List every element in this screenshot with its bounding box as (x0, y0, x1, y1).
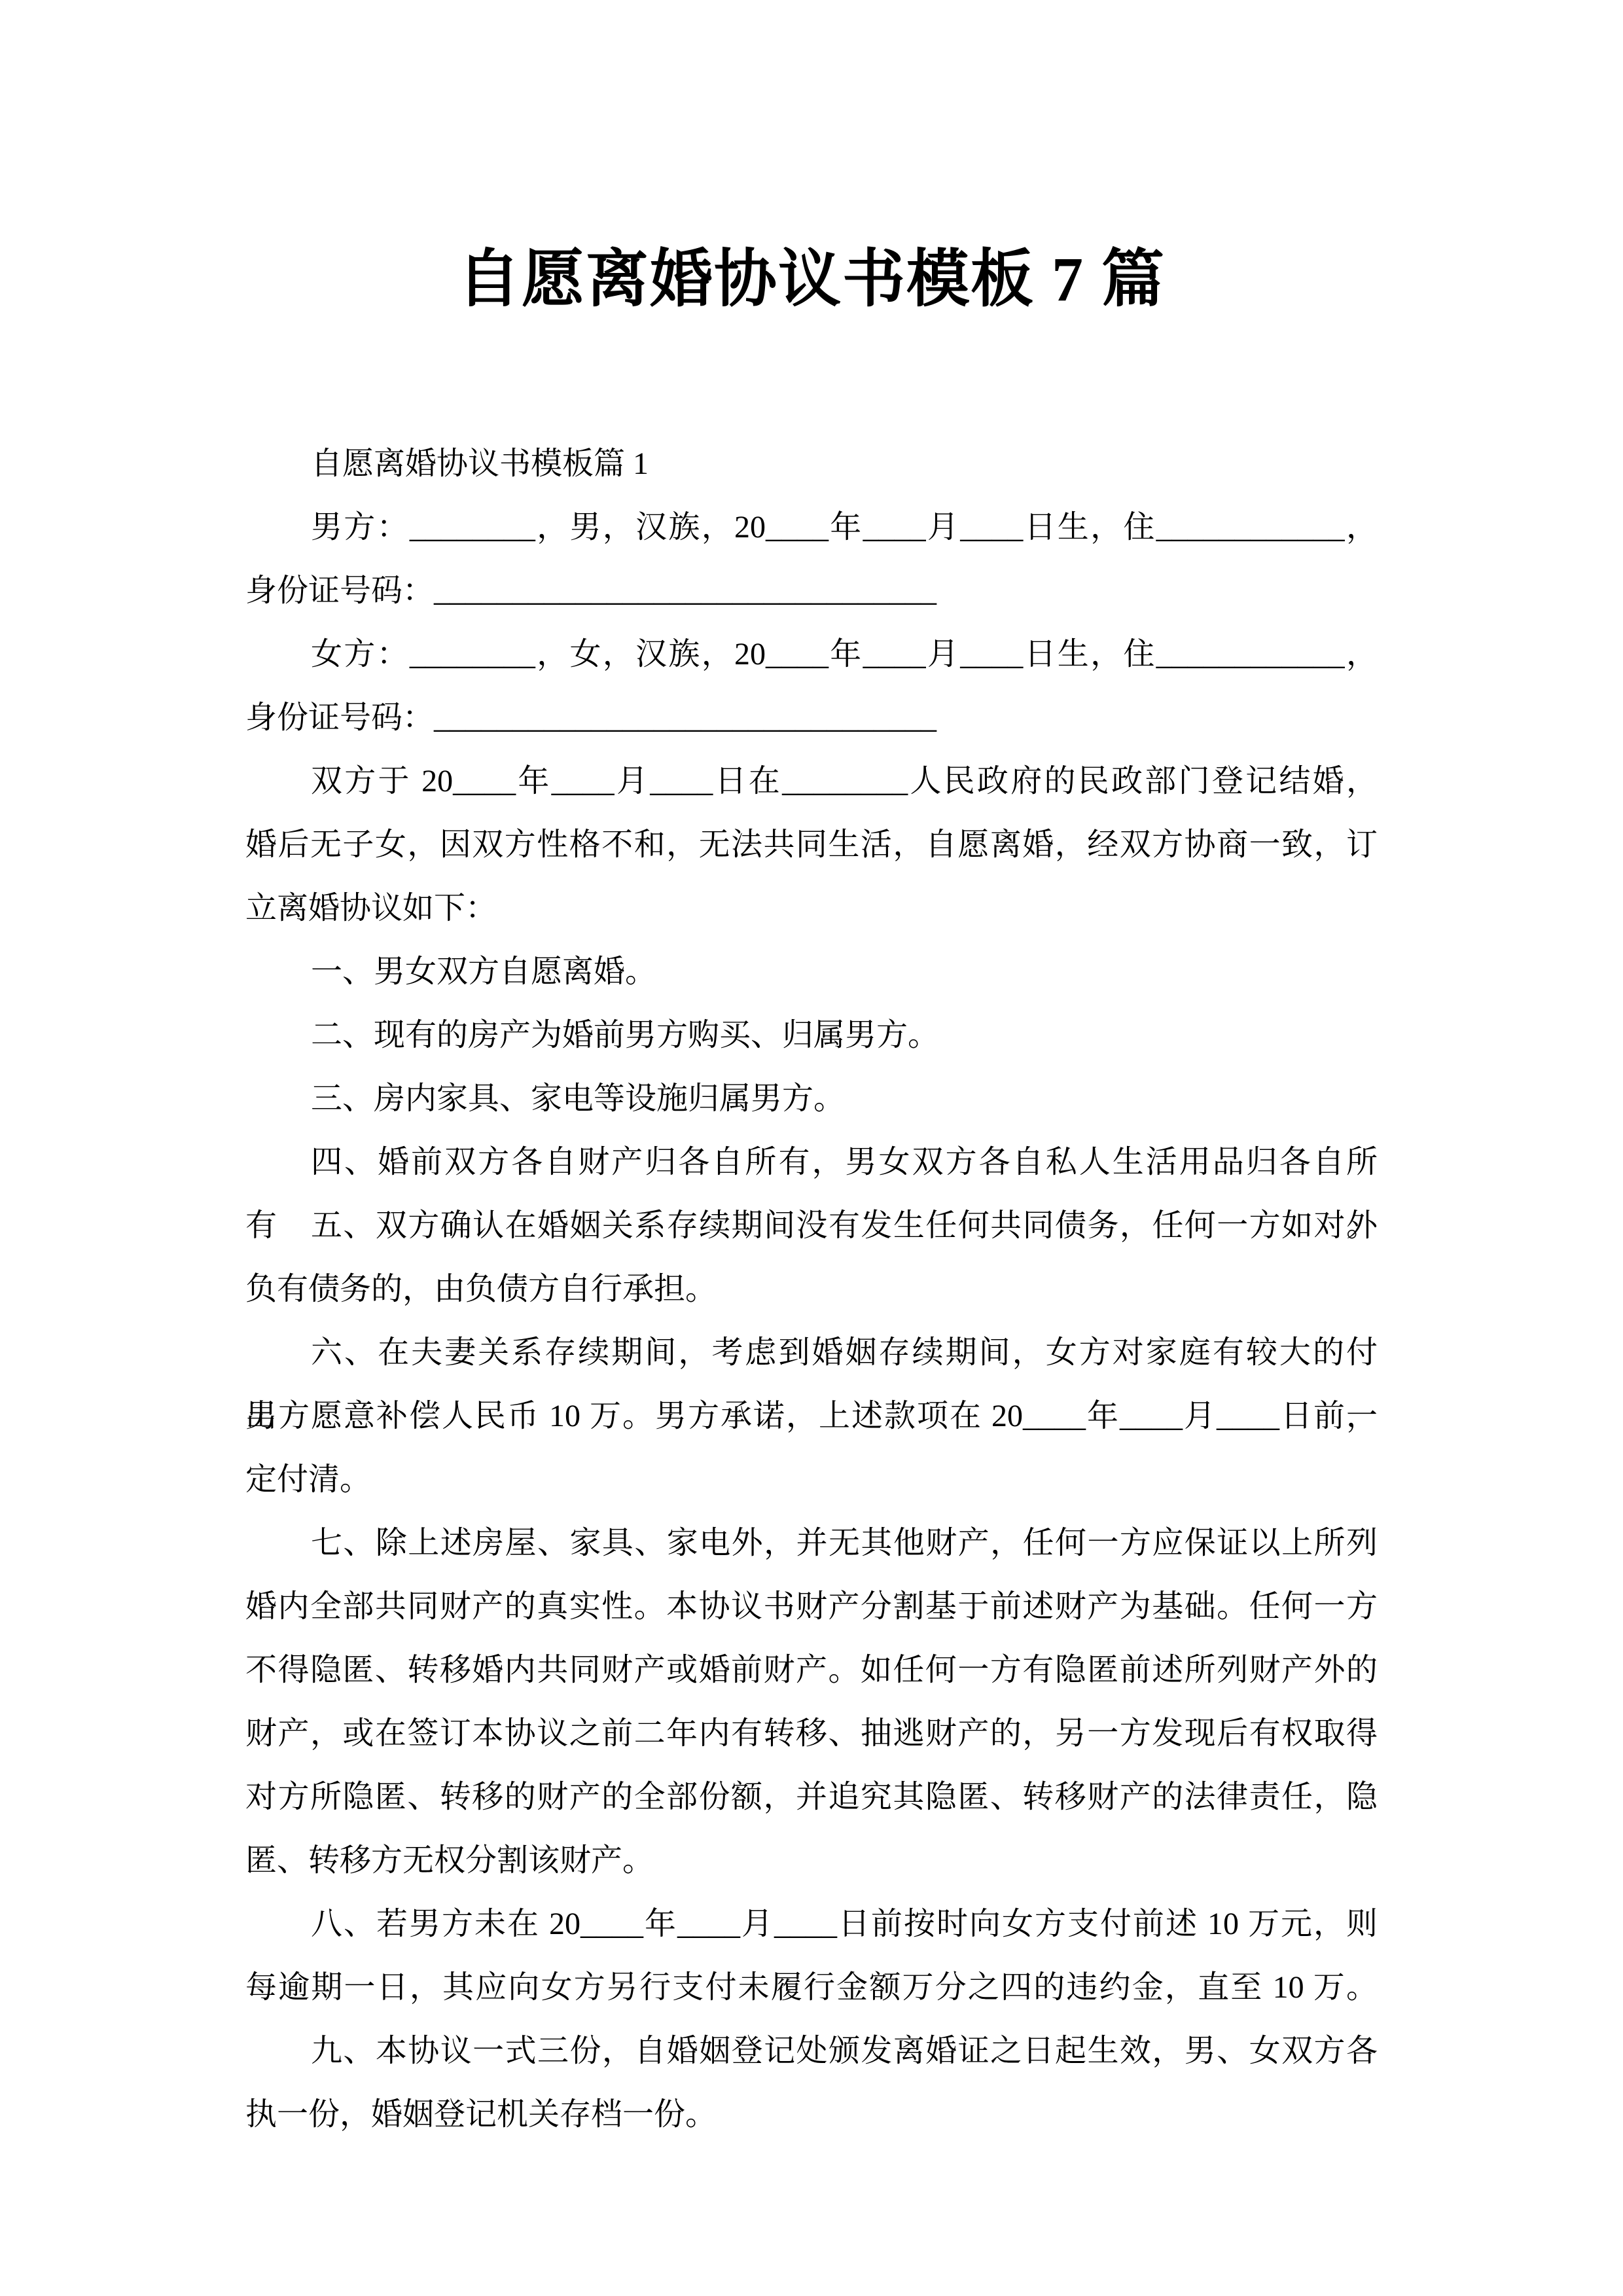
doc-line: 四、婚前双方各自财产归各自所有，男女双方各自私人生活用品归各自所有。 (245, 1130, 1378, 1194)
doc-line: 九、本协议一式三份，自婚姻登记处颁发离婚证之日起生效，男、女双方各 (245, 2019, 1378, 2083)
doc-line: 对方所隐匿、转移的财产的全部份额，并追究其隐匿、转移财产的法律责任，隐 (245, 1765, 1378, 1829)
doc-line: 女方：________，女，汉族，20____年____月____日生，住___… (245, 622, 1378, 686)
doc-line: 不得隐匿、转移婚内共同财产或婚前财产。如任何一方有隐匿前述所列财产外的 (245, 1638, 1378, 1702)
doc-line: 二、现有的房产为婚前男方购买、归属男方。 (245, 1003, 1378, 1067)
doc-line: 男方：________，男，汉族，20____年____月____日生，住___… (245, 495, 1378, 559)
doc-line: 立离婚协议如下： (245, 876, 1378, 940)
doc-line: 双方于 20____年____月____日在________人民政府的民政部门登… (245, 749, 1378, 813)
subtitle: 自愿离婚协议书模板篇 1 (245, 432, 1378, 495)
doc-line: 执一份，婚姻登记机关存档一份。 (245, 2083, 1378, 2146)
doc-line: 八、若男方未在 20____年____月____日前按时向女方支付前述 10 万… (245, 1892, 1378, 1956)
doc-line: 三、房内家具、家电等设施归属男方。 (245, 1067, 1378, 1130)
doc-line: 婚内全部共同财产的真实性。本协议书财产分割基于前述财产为基础。任何一方 (245, 1575, 1378, 1638)
doc-line: 定付清。 (245, 1448, 1378, 1511)
doc-line: 匿、转移方无权分割该财产。 (245, 1829, 1378, 1892)
doc-line: 婚后无子女，因双方性格不和，无法共同生活，自愿离婚，经双方协商一致，订 (245, 813, 1378, 876)
doc-line: 每逾期一日，其应向女方另行支付未履行金额万分之四的违约金，直至 10 万。 (245, 1956, 1378, 2019)
doc-line: 财产，或在签订本协议之前二年内有转移、抽逃财产的，另一方发现后有权取得 (245, 1702, 1378, 1765)
document-page: 自愿离婚协议书模板 7 篇 自愿离婚协议书模板篇 1 男方：________，男… (0, 0, 1623, 2296)
doc-line: 七、除上述房屋、家具、家电外，并无其他财产，任何一方应保证以上所列 (245, 1511, 1378, 1575)
doc-line: 身份证号码：________________________________ (245, 686, 1378, 749)
doc-line: 男方愿意补偿人民币 10 万。男方承诺，上述款项在 20____年____月__… (245, 1384, 1378, 1448)
doc-line: 六、在夫妻关系存续期间，考虑到婚姻存续期间，女方对家庭有较大的付出， (245, 1321, 1378, 1384)
doc-line: 身份证号码：________________________________ (245, 559, 1378, 622)
document-body: 自愿离婚协议书模板篇 1 男方：________，男，汉族，20____年___… (245, 356, 1378, 2146)
doc-line: 五、双方确认在婚姻关系存续期间没有发生任何共同债务，任何一方如对外 (245, 1194, 1378, 1257)
doc-line: 负有债务的，由负债方自行承担。 (245, 1257, 1378, 1321)
page-title: 自愿离婚协议书模板 7 篇 (0, 42, 1623, 314)
doc-line: 一、男女双方自愿离婚。 (245, 940, 1378, 1003)
